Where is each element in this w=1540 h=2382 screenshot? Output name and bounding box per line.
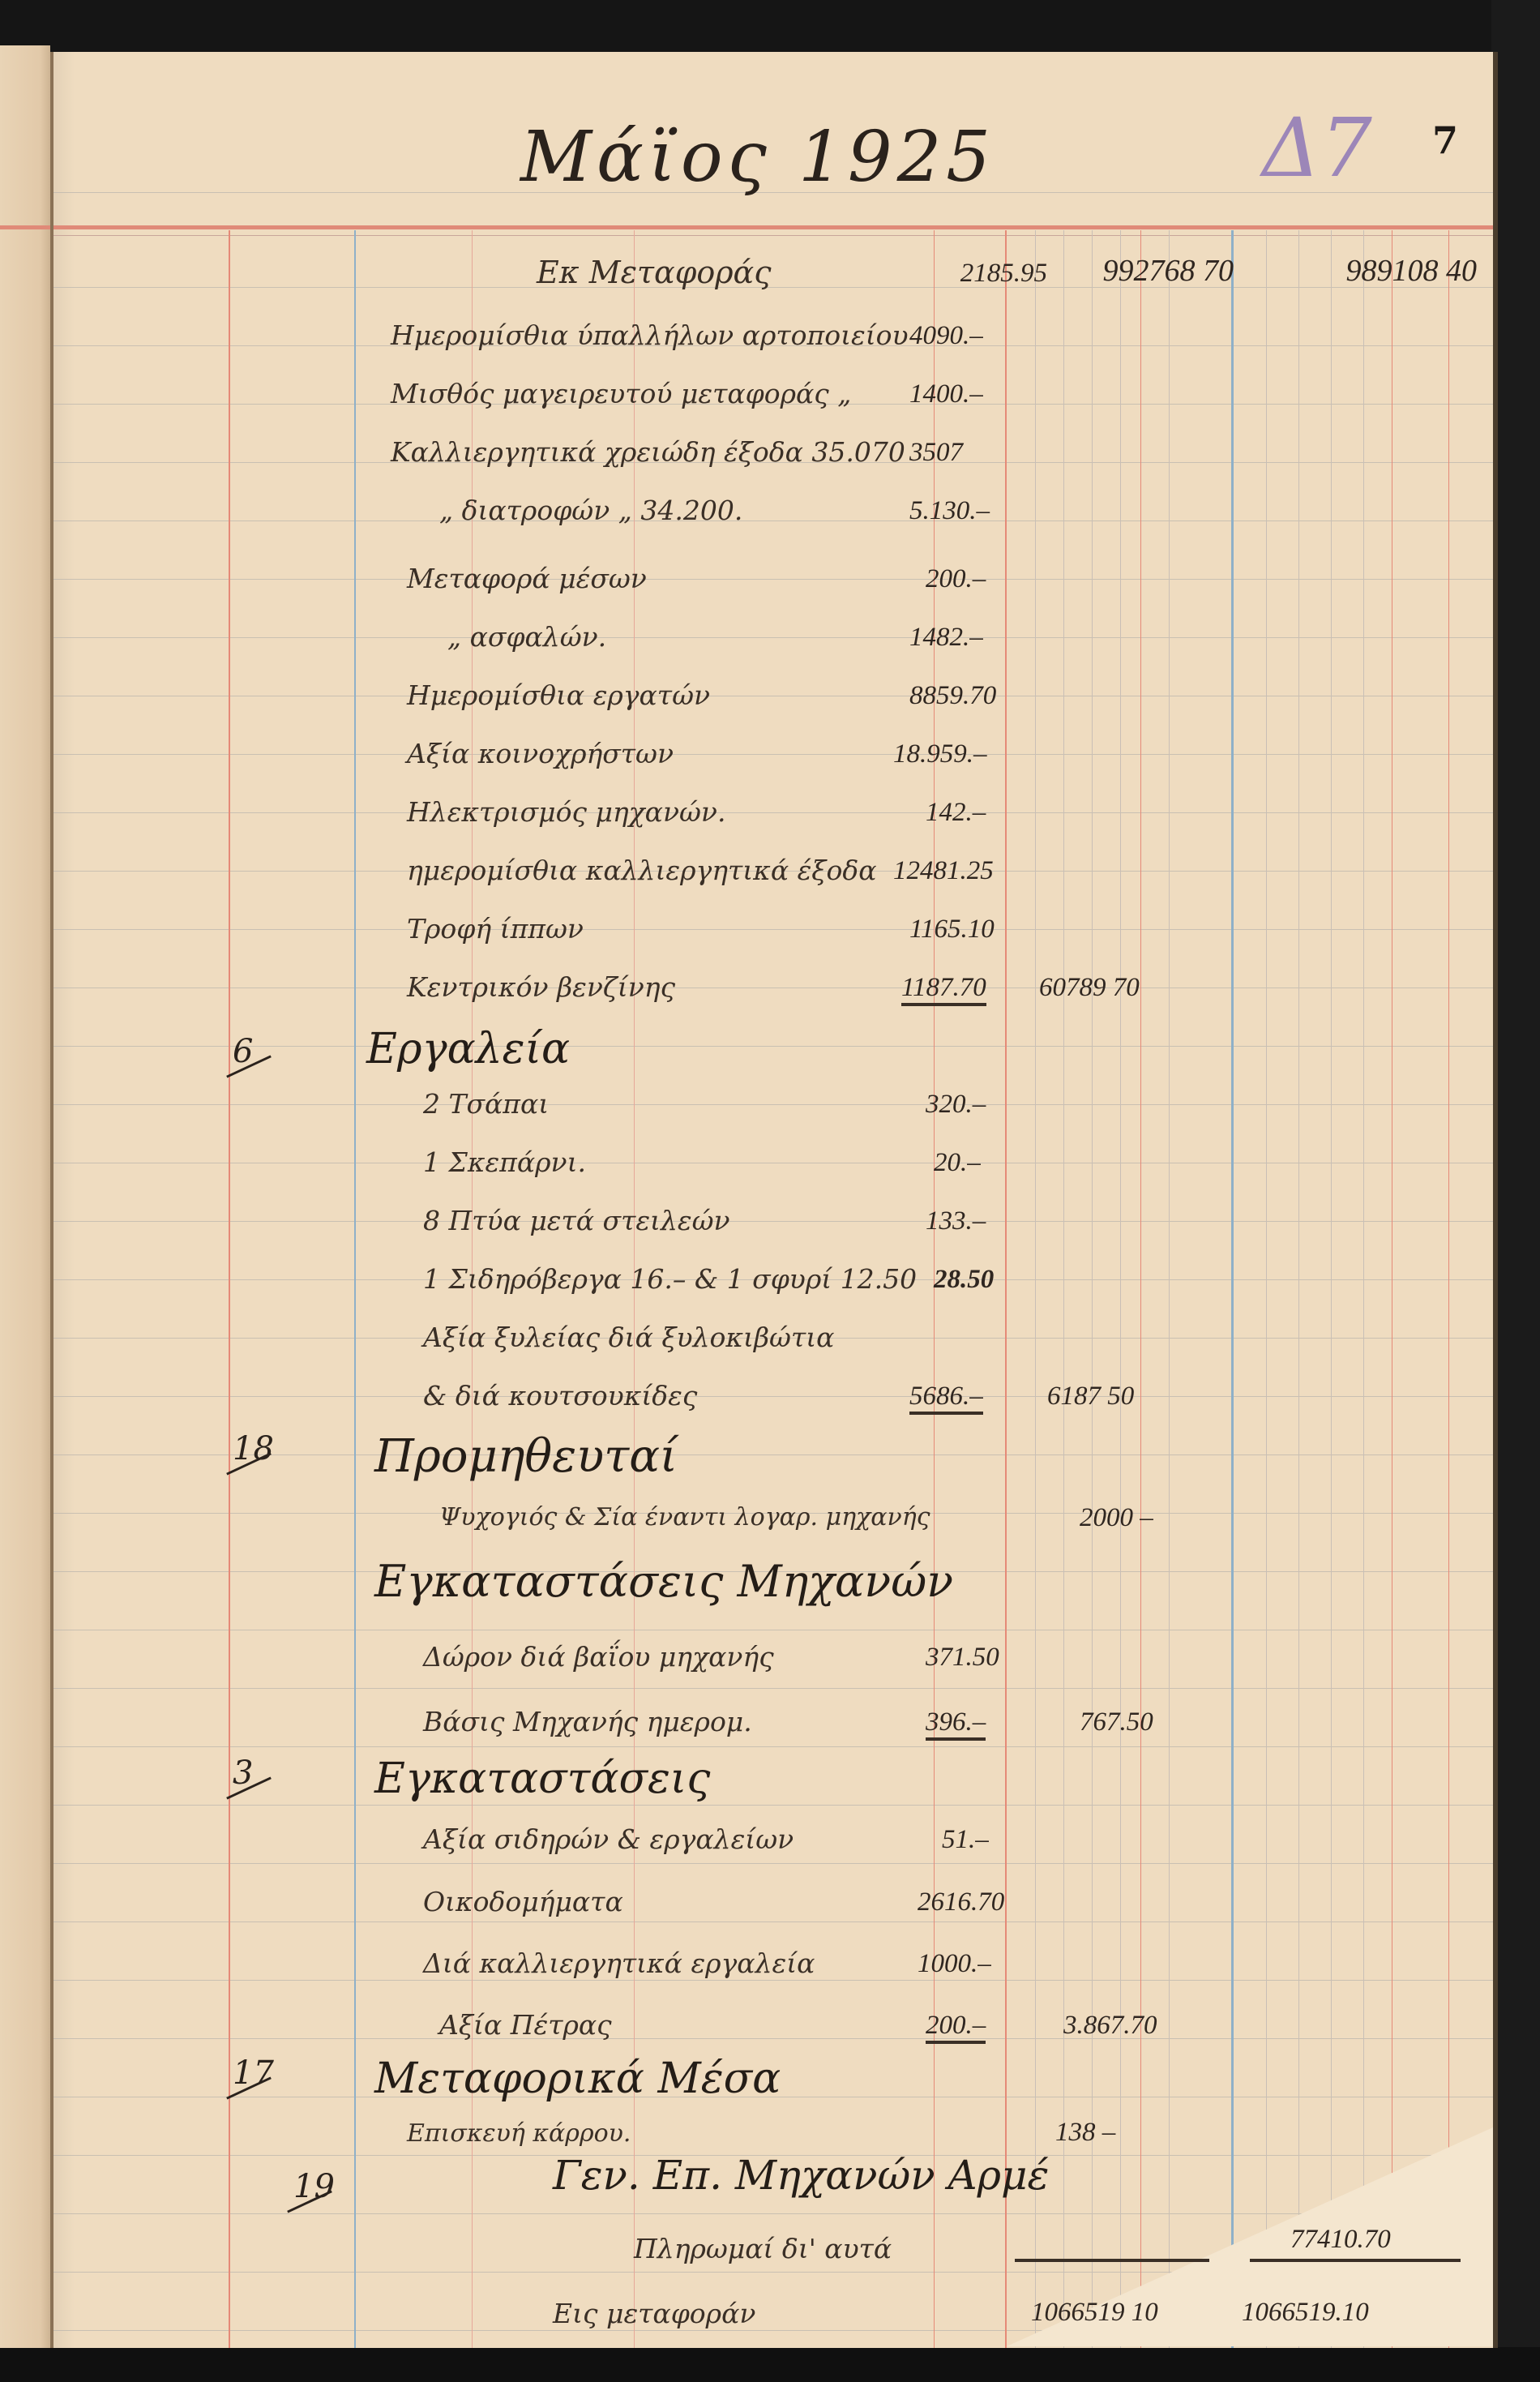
- carry-label: Εις μεταφοράν: [553, 2298, 755, 2329]
- column-rule-desc: [354, 230, 356, 2348]
- entry-desc: Μισθός μαγειρευτού μεταφοράς „: [391, 378, 851, 409]
- stamp-mark: Δ7: [1262, 101, 1372, 195]
- column-rule-credit: [1231, 230, 1234, 2348]
- entry-desc: Αξία ξυλείας διά ξυλοκιβώτια: [423, 1322, 834, 1353]
- entry-desc: Ψυχογιός & Σία έναντι λογαρ. μηχανής: [439, 1503, 930, 1532]
- rule-line: [50, 1221, 1493, 1222]
- entry-amount: 51.–: [942, 1825, 989, 1855]
- carried-forward-item: 2185.95: [942, 259, 1047, 289]
- rule-line: [50, 1921, 1493, 1922]
- section-subtotal: 767.50: [1080, 1707, 1153, 1737]
- entry-amount: 1000.–: [918, 1949, 991, 1979]
- column-rule-debit: [1005, 230, 1007, 2348]
- entry-amount: 8859.70: [909, 681, 996, 711]
- entry-desc: Βάσις Μηχανής ημερομ.: [423, 1706, 752, 1737]
- entry-desc: Επισκευή κάρρου.: [407, 2119, 631, 2148]
- entry-amount: 320.–: [926, 1090, 986, 1120]
- header-rule: [50, 235, 1493, 236]
- rule-line: [50, 579, 1493, 580]
- section-heading: Εγκαταστάσεις Μηχανών: [374, 1556, 953, 1607]
- rule-line: [50, 2038, 1493, 2039]
- entry-amount: 1187.70: [901, 973, 986, 1006]
- entry-amount: 142.–: [926, 798, 986, 828]
- rule-line: [50, 1746, 1493, 1747]
- entry-amount: 20.–: [934, 1148, 981, 1178]
- column-rule: [1363, 230, 1364, 2348]
- section-subtotal: 6187 50: [1047, 1382, 1134, 1412]
- rule-line: [50, 1163, 1493, 1163]
- entry-desc: 2 Τσάπαι: [423, 1088, 549, 1120]
- entry-desc: ημερομίσθια καλλιεργητικά έξοδα: [407, 855, 877, 886]
- entry-desc: Κεντρικόν βενζίνης: [407, 971, 675, 1003]
- header-red-rule: [0, 225, 1493, 229]
- rule-line: [50, 521, 1493, 521]
- block1-subtotal: 60789 70: [1039, 973, 1140, 1003]
- column-rule: [1169, 230, 1170, 2348]
- section-heading: Γεν. Επ. Μηχανών Αρμέ: [553, 2152, 1049, 2199]
- entry-amount: 28.50: [934, 1265, 994, 1295]
- rule-line: [50, 1630, 1493, 1630]
- column-rule-credit-cents: [1392, 230, 1392, 2348]
- entry-day: 3: [233, 1754, 253, 1792]
- rule-line: [50, 696, 1493, 696]
- total-rule-credit: [1250, 2259, 1461, 2262]
- rule-line: [50, 1805, 1493, 1806]
- closing-credit-amount: 77410.70: [1290, 2225, 1391, 2255]
- book-cover-bottom: [0, 2347, 1540, 2382]
- entry-amount: 1400.–: [909, 379, 983, 409]
- facing-page-edge: [0, 45, 50, 2348]
- entry-day: 18: [233, 1430, 274, 1467]
- entry-desc: & διά κουτσουκίδες: [423, 1380, 697, 1412]
- carried-forward-credit: 989108 40: [1282, 253, 1477, 289]
- rule-line: [50, 1396, 1493, 1397]
- entry-amount: 200.–: [926, 2011, 986, 2044]
- entry-amount: 5.130.–: [909, 496, 990, 526]
- entry-amount: 133.–: [926, 1206, 986, 1236]
- entry-desc: Οικοδομήματα: [423, 1886, 623, 1917]
- entry-desc: Αξία κοινοχρήστων: [407, 738, 674, 769]
- entry-desc: Τροφή ίππων: [407, 913, 584, 945]
- rule-line: [50, 988, 1493, 988]
- entry-desc: Διά καλλιεργητικά εργαλεία: [423, 1947, 815, 1979]
- entry-desc: „ διατροφών „ 34.200.: [439, 495, 742, 526]
- rule-line: [50, 812, 1493, 813]
- page-title: Μάϊος 1925: [520, 117, 995, 198]
- column-rule: [1331, 230, 1332, 2348]
- entry-desc: 8 Πτύα μετά στειλεών: [423, 1205, 730, 1236]
- rule-line: [50, 754, 1493, 755]
- section-heading: Εγκαταστάσεις: [374, 1754, 710, 1803]
- entry-desc: Ημερομίσθια ύπαλλήλων αρτοποιείου: [391, 319, 909, 351]
- entry-amount: 371.50: [926, 1643, 999, 1673]
- entry-amount: 396.–: [926, 1707, 986, 1741]
- entry-amount: 3507: [909, 438, 963, 468]
- rule-line: [50, 929, 1493, 930]
- book-cover-top: [0, 0, 1540, 52]
- entry-desc: „ ασφαλών.: [447, 621, 606, 653]
- column-rule: [1298, 230, 1299, 2348]
- entry-amount: 18.959.–: [893, 739, 987, 769]
- rule-line: [50, 1046, 1493, 1047]
- section-heading: Εργαλεία: [366, 1025, 570, 1073]
- entry-amount: 5686.–: [909, 1382, 983, 1415]
- entry-desc: Ηλεκτρισμός μηχανών.: [407, 796, 725, 828]
- ledger-page: Μάϊος 1925 Δ7 7 Εκ Μεταφοράς 2185.95 992…: [50, 52, 1498, 2348]
- entry-desc: Καλλιεργητικά χρειώδη έξοδα 35.070: [391, 436, 905, 468]
- entry-desc: 1 Σκεπάρνι.: [423, 1146, 586, 1178]
- column-rule: [1266, 230, 1267, 2348]
- entry-desc: Μεταφορά μέσων: [407, 563, 647, 594]
- entry-amount: 4090.–: [909, 321, 1023, 351]
- rule-line: [50, 1863, 1493, 1864]
- entry-amount: 12481.25: [893, 856, 994, 886]
- page-gutter: [50, 52, 53, 2348]
- entry-day: 19: [293, 2168, 335, 2205]
- entry-amount: 200.–: [926, 564, 986, 594]
- closing-label: Πληρωμαί δι' αυτά: [634, 2233, 892, 2264]
- entry-amount: 1165.10: [909, 915, 995, 945]
- entry-desc: Δώρον διά βαΐου μηχανής: [423, 1641, 774, 1673]
- entry-amount: 1482.–: [909, 623, 983, 653]
- column-rule-edge: [1448, 230, 1449, 2348]
- section-subtotal: 3.867.70: [1063, 2011, 1157, 2041]
- entry-desc: 1 Σιδηρόβεργα 16.– & 1 σφυρί 12.50: [423, 1263, 917, 1295]
- carried-forward-label: Εκ Μεταφοράς: [537, 255, 772, 290]
- book-cover-right: [1491, 0, 1540, 2382]
- rule-line: [50, 637, 1493, 638]
- rule-line: [50, 1104, 1493, 1105]
- entry-day: 6: [233, 1033, 253, 1070]
- column-rule: [1035, 230, 1036, 2348]
- entry-desc: Ημερομίσθια εργατών: [407, 679, 710, 711]
- column-rule-date: [229, 230, 230, 2348]
- section-heading: Προμηθευταί: [374, 1430, 678, 1483]
- entry-desc: Αξία σιδηρών & εργαλείων: [423, 1823, 794, 1855]
- section-heading: Μεταφορικά Μέσα: [374, 2054, 781, 2103]
- carried-forward-debit: 992768 70: [1055, 253, 1234, 289]
- carry-debit-total: 1066519 10: [1031, 2298, 1158, 2328]
- entry-day: 17: [233, 2054, 274, 2092]
- rule-line: [50, 1980, 1493, 1981]
- rule-line: [50, 1688, 1493, 1689]
- entry-desc: Αξία Πέτρας: [439, 2009, 612, 2041]
- total-rule-debit: [1015, 2259, 1209, 2262]
- section-subtotal: 2000 –: [1080, 1503, 1153, 1533]
- entry-amount: 2616.70: [918, 1887, 1004, 1917]
- carry-credit-total: 1066519.10: [1242, 2298, 1369, 2328]
- page-number: 7: [1432, 118, 1458, 162]
- rule-line: [50, 287, 1493, 288]
